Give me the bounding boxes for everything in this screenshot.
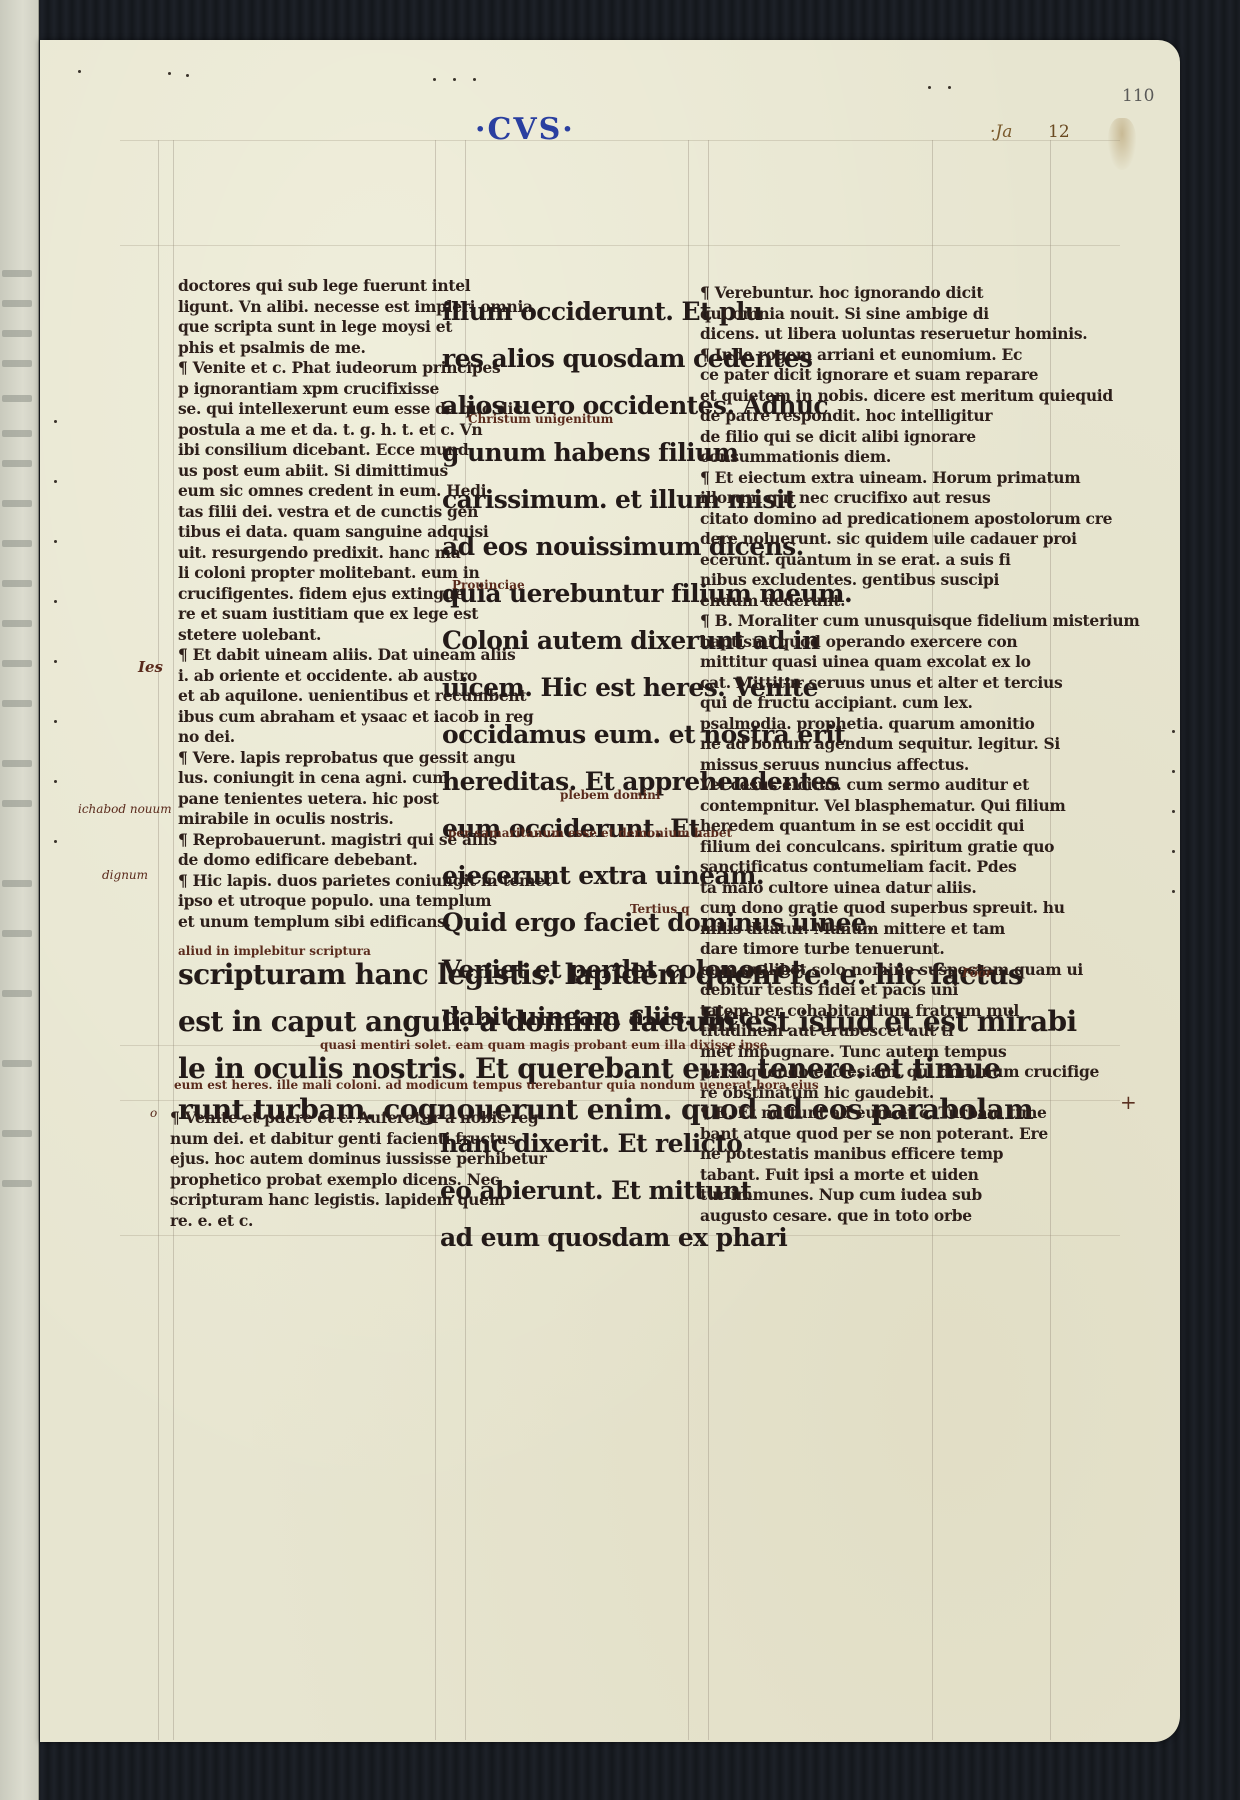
ghost-text-line bbox=[2, 800, 32, 807]
interlinear-gloss: Tertius q bbox=[630, 902, 690, 916]
ghost-text-line bbox=[2, 660, 32, 667]
gloss-line: ecerunt. quantum in se erat. a suis fi bbox=[700, 550, 1140, 571]
gloss-line: qui de fructu accipiant. cum lex. bbox=[700, 693, 1140, 714]
gloss-line: ce pater dicit ignorare et suam reparare bbox=[700, 365, 1140, 386]
gloss-line: augusto cesare. que in toto orbe bbox=[700, 1206, 1140, 1227]
gloss-line: heredem quantum in se est occidit qui bbox=[700, 816, 1140, 837]
ghost-text-line bbox=[2, 930, 32, 937]
ghost-text-line bbox=[2, 395, 32, 402]
gloss-line: dere noluerunt. sic quidem uile cadauer … bbox=[700, 529, 1140, 550]
ruling-line bbox=[120, 245, 1120, 246]
water-stain bbox=[1108, 118, 1136, 170]
gloss-line: debitur testis fidei et pacis uni bbox=[700, 980, 1140, 1001]
gloss-line: mittitur quasi uinea quam excolat ex lo bbox=[700, 652, 1140, 673]
ruling-line bbox=[173, 140, 174, 1740]
prick-mark bbox=[168, 72, 171, 75]
cross-mark: + bbox=[1120, 1090, 1137, 1114]
prick-mark bbox=[473, 78, 476, 81]
gloss-line: contempnitur. Vel blasphematur. Qui fili… bbox=[700, 796, 1140, 817]
ghost-text-line bbox=[2, 300, 32, 307]
prick-mark bbox=[928, 86, 931, 89]
gloss-line: et quietem in nobis. dicere est meritum … bbox=[700, 386, 1140, 407]
gloss-line: Vel cesus eicitur. cum sermo auditur et bbox=[700, 775, 1140, 796]
gloss-line: de patre respondit. hoc intelligitur bbox=[700, 406, 1140, 427]
gloss-line: persequendo ecclesiam. qui dominum cruci… bbox=[700, 1062, 1140, 1083]
ghost-text-line bbox=[2, 330, 32, 337]
gloss-line: met impugnare. Tunc autem tempus bbox=[700, 1042, 1140, 1063]
ghost-text-line bbox=[2, 460, 32, 467]
interlinear-gloss: Prouinciae bbox=[452, 578, 525, 592]
prick-mark bbox=[948, 86, 951, 89]
gloss-line: sanctificatus contumeliam facit. Pdes bbox=[700, 857, 1140, 878]
gloss-line: cum quilibet solo nomine suspectam quam … bbox=[700, 960, 1140, 981]
gloss-line: re obstinatum hic gaudebit. bbox=[700, 1083, 1140, 1104]
interlinear-gloss: Christum unigenitum bbox=[468, 412, 613, 426]
gloss-line: psalmodia. prophetia. quarum amonitio bbox=[700, 714, 1140, 735]
ghost-text-line bbox=[2, 580, 32, 587]
previous-page-edge bbox=[0, 0, 39, 1800]
interlinear-gloss: per samaritanum esse et demonium habet bbox=[448, 826, 732, 840]
gloss-line: ne potestatis manibus efficere temp bbox=[700, 1144, 1140, 1165]
ghost-text-line bbox=[2, 880, 32, 887]
prick-mark bbox=[453, 78, 456, 81]
gloss-line: citato domino ad predicationem apostolor… bbox=[700, 509, 1140, 530]
prick-mark bbox=[54, 660, 57, 663]
ghost-text-line bbox=[2, 1180, 32, 1187]
gloss-line: ne ad bonum agendum sequitur. legitur. S… bbox=[700, 734, 1140, 755]
prick-mark bbox=[54, 780, 57, 783]
interlinear-gloss: plebem domini bbox=[560, 788, 660, 802]
ghost-text-line bbox=[2, 430, 32, 437]
gloss-line: ta malo cultore uinea datur aliis. bbox=[700, 878, 1140, 899]
ghost-text-line bbox=[2, 620, 32, 627]
prick-mark bbox=[1172, 850, 1175, 853]
gloss-line: qui omnia nouit. Si sine ambige di bbox=[700, 304, 1140, 325]
gloss-line: tabant. Fuit ipsi a morte et uiden bbox=[700, 1165, 1140, 1186]
prick-mark bbox=[186, 74, 189, 77]
ghost-text-line bbox=[2, 700, 32, 707]
ghost-text-line bbox=[2, 1060, 32, 1067]
margin-note: ichabod nouum bbox=[78, 802, 172, 816]
gloss-line: consummationis diem. bbox=[700, 447, 1140, 468]
gloss-line: de filio qui se dicit alibi ignorare bbox=[700, 427, 1140, 448]
gloss-line: ¶ B. Et mittunt ad eum et c. Turbam time bbox=[700, 1103, 1140, 1124]
gloss-line: ¶ Inde rogem arriani et eunomium. Ec bbox=[700, 345, 1140, 366]
gloss-line: titudinem aut erubescet aut ti bbox=[700, 1021, 1140, 1042]
margin-note: Föör bbox=[962, 966, 992, 980]
gloss-line: cat. Mittitur seruus unus et alter et te… bbox=[700, 673, 1140, 694]
gloss-line: ¶ Et eiectum extra uineam. Horum primatu… bbox=[700, 468, 1140, 489]
prick-mark bbox=[54, 600, 57, 603]
prick-mark bbox=[433, 78, 436, 81]
prick-mark bbox=[1172, 730, 1175, 733]
gloss-line: ¶ Verebuntur. hoc ignorando dicit bbox=[700, 283, 1140, 304]
gloss-line: nibus excludentes. gentibus suscipi bbox=[700, 570, 1140, 591]
prick-mark bbox=[54, 540, 57, 543]
ghost-text-line bbox=[2, 760, 32, 767]
quire-mark: ·Ja bbox=[990, 122, 1012, 142]
prick-mark bbox=[1172, 810, 1175, 813]
gloss-line: missus seruus nuncius affectus. bbox=[700, 755, 1140, 776]
interlinear-gloss: aliud in implebitur scriptura bbox=[178, 944, 371, 958]
gloss-line: dicens. ut libera uoluntas reseruetur ho… bbox=[700, 324, 1140, 345]
prick-mark bbox=[54, 720, 57, 723]
gloss-line: bant atque quod per se non poterant. Ere bbox=[700, 1124, 1140, 1145]
prick-mark bbox=[1172, 770, 1175, 773]
gloss-line: illorum qui nec crucifixo aut resus bbox=[700, 488, 1140, 509]
prick-mark bbox=[78, 70, 81, 73]
margin-note: o bbox=[150, 1106, 157, 1120]
margin-note: dignum bbox=[102, 868, 148, 882]
gloss-line: baptismi quod operando exercere con bbox=[700, 632, 1140, 653]
prick-mark bbox=[54, 840, 57, 843]
gloss-line: tatem per cohabitantium fratrum mul bbox=[700, 1001, 1140, 1022]
margin-note: Ies bbox=[138, 658, 163, 676]
right-gloss-column: ¶ Verebuntur. hoc ignorando dicit qui om… bbox=[700, 283, 1140, 1226]
ghost-text-line bbox=[2, 500, 32, 507]
prick-mark bbox=[1172, 890, 1175, 893]
ghost-text-line bbox=[2, 1130, 32, 1137]
ruling-line bbox=[158, 140, 159, 1740]
gloss-line: tur immunes. Nup cum iudea sub bbox=[700, 1185, 1140, 1206]
ghost-text-line bbox=[2, 360, 32, 367]
quire-number: 12 bbox=[1048, 122, 1070, 142]
gloss-line: endum dederunt. bbox=[700, 591, 1140, 612]
ghost-text-line bbox=[2, 990, 32, 997]
folio-number: 110 bbox=[1122, 86, 1154, 106]
running-head: ·CVS· bbox=[475, 112, 575, 147]
ruling-line bbox=[120, 140, 1120, 141]
gloss-line: filium dei conculcans. spiritum gratie q… bbox=[700, 837, 1140, 858]
ghost-text-line bbox=[2, 270, 32, 277]
gloss-line: milis ditatur. Manum mittere et tam bbox=[700, 919, 1140, 940]
gloss-line: dare timore turbe tenuerunt. bbox=[700, 939, 1140, 960]
prick-mark bbox=[54, 480, 57, 483]
prick-mark bbox=[54, 420, 57, 423]
gloss-line: ¶ B. Moraliter cum unusquisque fidelium … bbox=[700, 611, 1140, 632]
ghost-text-line bbox=[2, 540, 32, 547]
gloss-line: cum dono gratie quod superbus spreuit. h… bbox=[700, 898, 1140, 919]
